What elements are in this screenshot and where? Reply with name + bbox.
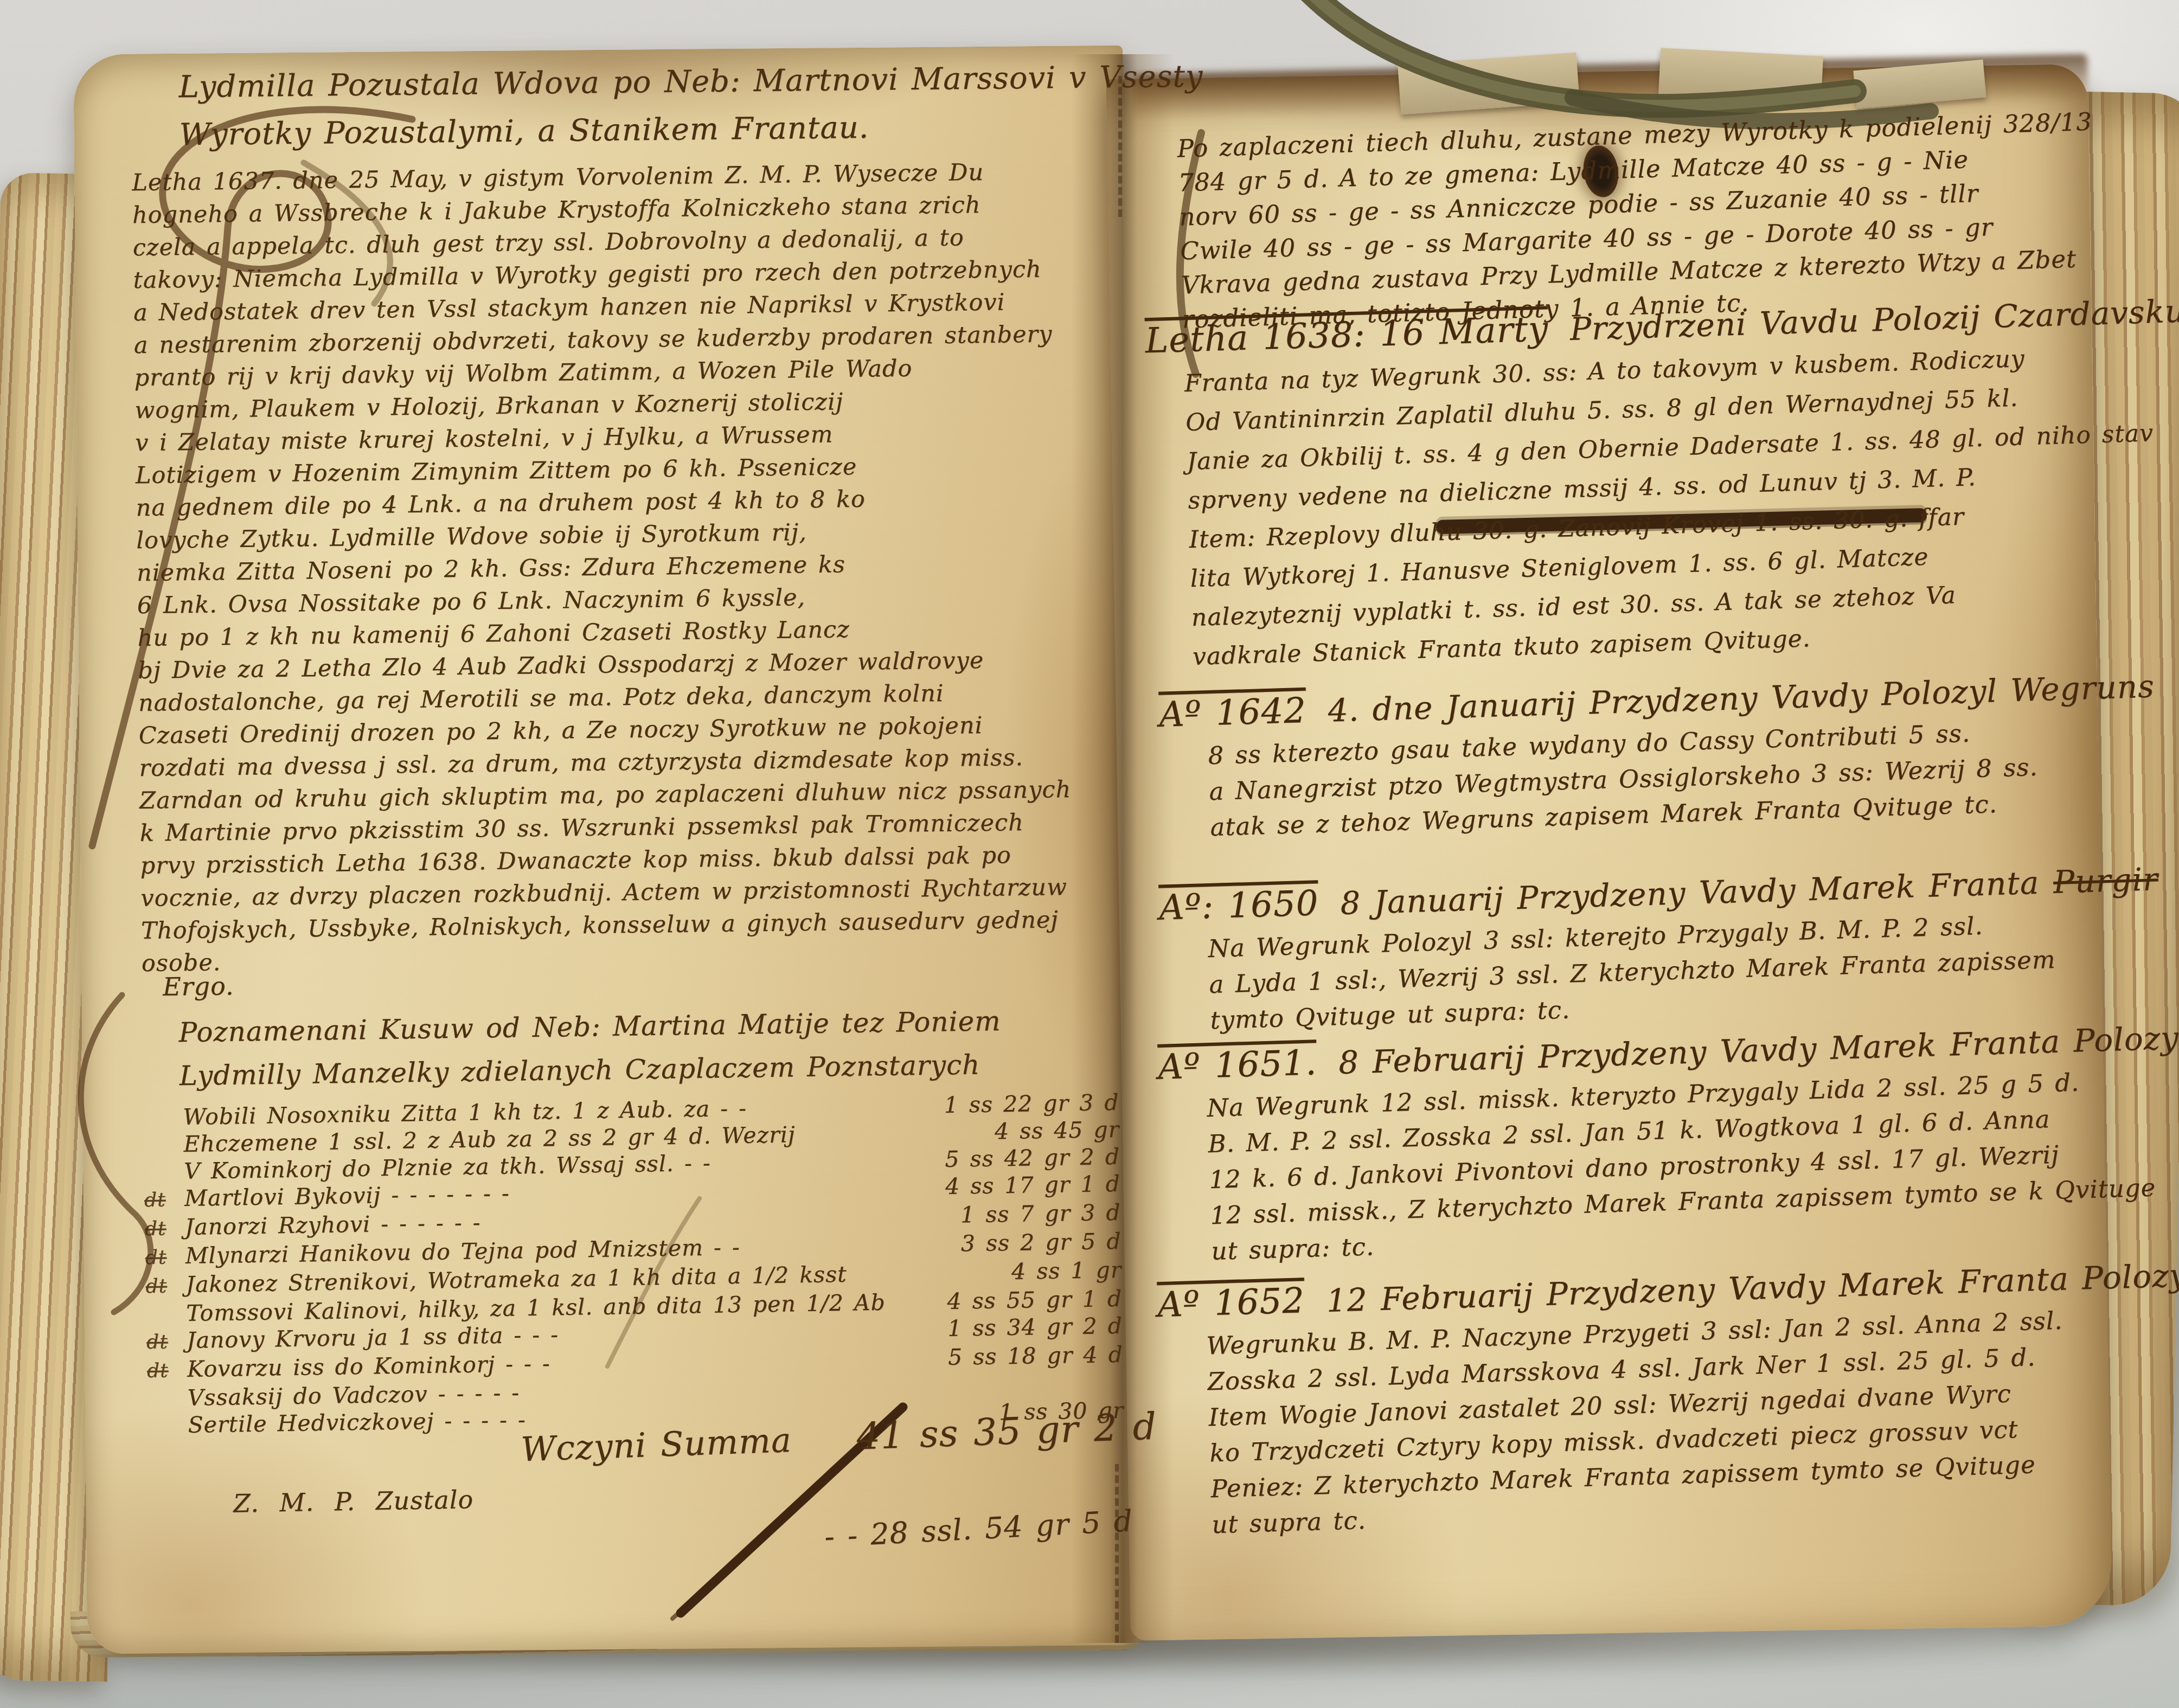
paid-mark — [144, 1152, 184, 1152]
entry-1650: Aº: 16508 Januarij Przydzeny Vavdy Marek… — [1158, 860, 2106, 1039]
expenses-ledger-list: Wobili Nosoxniku Zitta 1 kh tz. 1 z Aub.… — [143, 1089, 1124, 1439]
ledger-row-label: Kovarzu iss do Kominkorj - - - — [187, 1350, 550, 1383]
left-page-footer-note: Z. M. P. Zustalo — [233, 1485, 474, 1518]
entry-year: Aº: 1650 — [1158, 883, 1319, 928]
left-page-heading: Lydmilla Pozustala Wdova po Neb: Martnov… — [178, 54, 1134, 159]
struck-word: Purgir — [2053, 861, 2158, 901]
paid-mark: dt — [147, 1357, 188, 1385]
ledger-row-amount: 3 ss 2 gr 5 d — [950, 1228, 1121, 1257]
ledger-row-label: Martlovi Bykovij - - - - - - - — [184, 1180, 510, 1212]
ergo-line: Ergo. — [163, 971, 234, 1001]
entry-1638: Letha 1638: 16 MartyPrzydrzeni Vavdu Pol… — [1145, 293, 2110, 678]
ledger-row-amount: 5 ss 18 gr 4 d — [937, 1341, 1123, 1371]
entry-lines: Na Wegrunk 12 ssl. missk. kteryzto Przyg… — [1207, 1064, 2107, 1269]
ledger-row-amount: 5 ss 42 gr 2 d — [934, 1143, 1120, 1173]
ledger-row-label: Janovy Krvoru ja 1 ss dita - - - — [187, 1321, 559, 1354]
ledger-row-label: Janorzi Rzyhovi - - - - - - — [184, 1209, 480, 1241]
entry-1652: Aº 165212 Februarij Przydzeny Vavdy Mare… — [1157, 1257, 2118, 1544]
binding-stitch-bottom — [1115, 1464, 1119, 1643]
entry-lines: Wegrunku B. M. P. Naczyne Przygeti 3 ssl… — [1206, 1301, 2119, 1543]
paid-mark — [144, 1179, 184, 1179]
manuscript-photo: Lydmilla Pozustala Wdova po Neb: Martnov… — [0, 0, 2179, 1708]
paid-mark — [148, 1405, 188, 1406]
paid-mark: dt — [145, 1244, 185, 1272]
manuscript-line: Lydmilla Pozustala Wdova po Neb: Martnov… — [178, 54, 1133, 111]
paid-mark: dt — [146, 1328, 187, 1356]
ledger-row-amount: 4 ss 1 gr — [1001, 1256, 1122, 1285]
entry-1642: Aº 16424. dne Januarij Przydzeny Vavdy P… — [1158, 667, 2106, 846]
paid-mark — [143, 1125, 183, 1125]
ledger-row-amount: 4 ss 17 gr 1 d — [934, 1170, 1120, 1200]
ledger-row-label: Sertile Hedviczkovej - - - - - — [188, 1406, 526, 1439]
entry-lines: Franta na tyz Wegrunk 30. ss: A to takov… — [1184, 337, 2109, 677]
paid-mark — [148, 1433, 188, 1433]
entry-year: Aº 1642 — [1158, 691, 1307, 735]
ledger-row-amount: 1 ss 22 gr 3 d — [933, 1089, 1119, 1119]
torn-paper-tab — [1658, 48, 1823, 104]
paid-mark: dt — [144, 1215, 185, 1243]
entry-1651: Aº 1651.8 Februarij Przydzeny Vavdy Mare… — [1157, 1019, 2107, 1270]
ledger-row-amount: 1 ss 34 gr 2 d — [937, 1312, 1123, 1342]
manuscript-line: Wyrotky Pozustalymi, a Stanikem Frantau. — [179, 101, 1134, 159]
summa-label: Wczyni Summa — [520, 1420, 792, 1469]
left-page-paragraph-1637: Letha 1637. dne 25 May, v gistym Vorvole… — [132, 155, 1129, 980]
left-page-section-heading: Poznamenani Kusuw od Neb: Martina Matije… — [178, 998, 1123, 1097]
ledger-row-amount: 1 ss 7 gr 3 d — [950, 1199, 1121, 1229]
ledger-row-amount: 4 ss 55 gr 1 d — [936, 1285, 1122, 1315]
entry-year: Aº 1652 — [1157, 1281, 1305, 1325]
entry-year: Aº 1651. — [1157, 1043, 1317, 1088]
paid-mark — [146, 1321, 187, 1321]
ledger-row-amount: 4 ss 45 gr — [984, 1116, 1120, 1145]
paid-mark: dt — [144, 1186, 185, 1214]
paid-mark: dt — [145, 1273, 186, 1300]
